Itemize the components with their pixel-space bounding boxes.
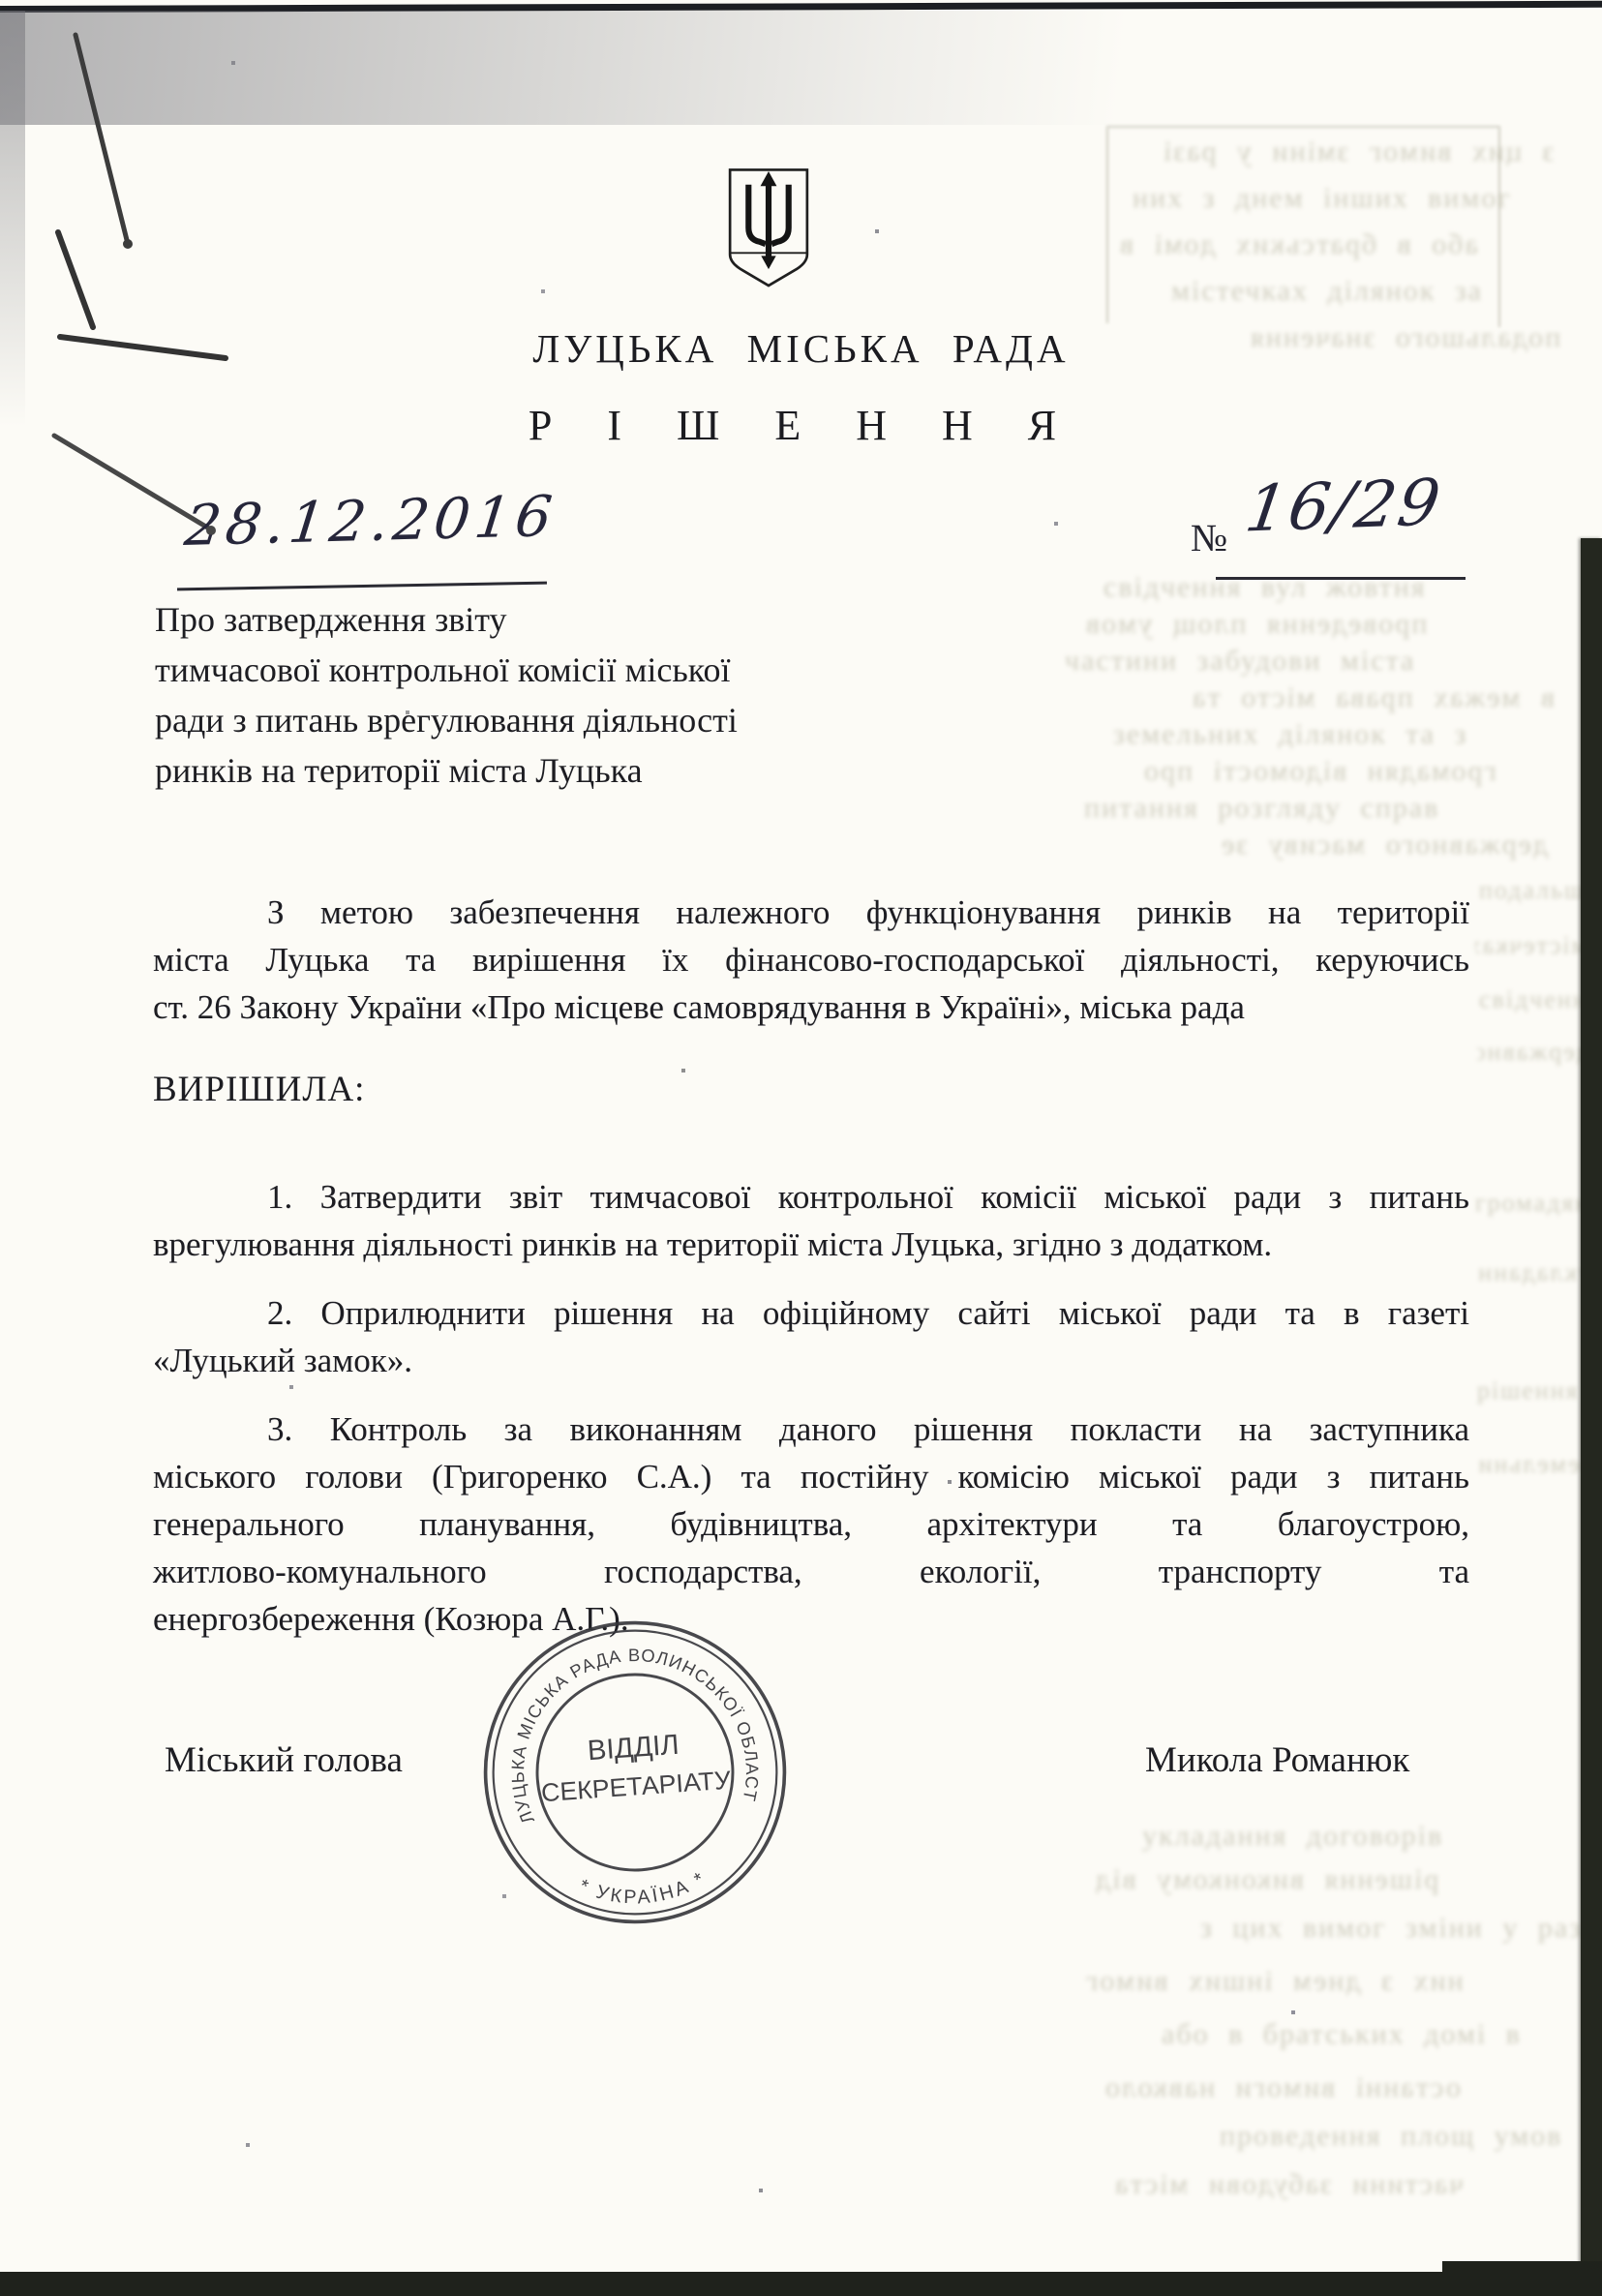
bleedthrough-line: земельних ділянок та з	[1479, 1450, 1591, 1479]
decision-number-handwritten: 16/29	[1241, 466, 1446, 547]
scan-border-right	[1581, 538, 1602, 2296]
resolution-line: міського голови (Григоренко С.А.) та пос…	[153, 1453, 1469, 1500]
bleedthrough-line: містечках ділянок за	[1475, 931, 1587, 960]
bleedthrough-line: свідчення вул жовтня	[1479, 985, 1591, 1014]
resolution-item-2: 2. Оприлюднити рішення на офіційному сай…	[153, 1289, 1469, 1384]
resolution-line: «Луцький замок».	[153, 1337, 1469, 1384]
bleedthrough-rule	[1106, 126, 1500, 128]
secretariat-round-stamp: ЛУЦЬКА МІСЬКА РАДА ВОЛИНСЬКОЇ ОБЛАСТІ * …	[469, 1606, 801, 1939]
resolved-label: ВИРІШИЛА:	[153, 1069, 365, 1110]
resolution-line: житлово-комунального господарства, еколо…	[153, 1548, 1469, 1595]
svg-text:* УКРАЇНА *: * УКРАЇНА *	[575, 1866, 712, 1913]
resolution-item-3: 3. Контроль за виконанням даного рішення…	[153, 1405, 1469, 1643]
subject-line: ринків на території міста Луцька	[155, 745, 774, 796]
document-type-title: Р І Ш Е Н Н Я	[0, 401, 1602, 450]
bleedthrough-line: укладання договорів	[1142, 1820, 1443, 1853]
bleedthrough-line: або в братських домі в	[1162, 2018, 1522, 2051]
stamp-center-line1: ВІДДІЛ	[587, 1730, 680, 1767]
bleedthrough-line: з цих вимог зміни у разі	[1200, 1912, 1592, 1945]
bleedthrough-rule	[1498, 128, 1500, 327]
intro-paragraph: З метою забезпечення належного функціону…	[153, 889, 1469, 1031]
resolution-line: 2. Оприлюднити рішення на офіційному сай…	[153, 1289, 1469, 1337]
scan-border-bottom	[0, 2272, 1602, 2296]
stamp-center-line2: СЕКРЕТАРІАТУ	[540, 1766, 732, 1808]
bleedthrough-line: них з днем інших вимог	[1133, 182, 1512, 215]
bleedthrough-line: з цих вимог зміни у разі	[1162, 136, 1554, 168]
signature-role: Міський голова	[165, 1739, 403, 1781]
subject-line: тимчасової контрольної комісії міської	[155, 645, 774, 695]
ukraine-trident-emblem	[724, 165, 813, 292]
intro-line: ст. 26 Закону України «Про місцеве самов…	[153, 983, 1469, 1031]
resolution-line: 1. Затвердити звіт тимчасової контрольно…	[153, 1173, 1469, 1221]
number-sign-label: №	[1191, 515, 1227, 560]
bleedthrough-line: рішення виконкому від	[1477, 1376, 1589, 1405]
bleedthrough-line: державного масиву зе	[1477, 1038, 1589, 1067]
bleedthrough-line: громадян відомості про	[1142, 755, 1496, 788]
scan-specks	[0, 0, 2, 2]
bleedthrough-line: подальшого значення	[1479, 876, 1591, 905]
bleedthrough-line: питання розгляду справ	[1084, 792, 1439, 825]
resolution-line: генерального планування, будівництва, ар…	[153, 1500, 1469, 1548]
bleedthrough-rule	[1106, 128, 1108, 323]
bleedthrough-line: укладання договорів	[1479, 1258, 1591, 1287]
bleedthrough-line: проведення площ умов	[1084, 608, 1427, 641]
bleedthrough-line: земельних ділянок та з	[1113, 718, 1467, 751]
bleedthrough-line: них з днем інших вимог	[1084, 1965, 1464, 1998]
resolution-line: енергозбереження (Козюра А.Г.).	[153, 1595, 1469, 1643]
decision-date-handwritten: 28.12.2016	[181, 483, 559, 559]
scanned-document-page: з цих вимог зміни у разі них з днем інши…	[0, 0, 1602, 2296]
subject-line: Про затвердження звіту	[155, 594, 774, 645]
signature-name: Микола Романюк	[1145, 1739, 1409, 1781]
intro-line: міста Луцька та вирішення їх фінансово-г…	[153, 936, 1469, 983]
resolution-item-1: 1. Затвердити звіт тимчасової контрольно…	[153, 1173, 1469, 1268]
resolution-line: 3. Контроль за виконанням даного рішення…	[153, 1405, 1469, 1453]
bleedthrough-line: або в братських домі в	[1118, 228, 1478, 261]
bleedthrough-line: державного масиву зе	[1220, 829, 1548, 861]
stamp-ring-bottom-text: * УКРАЇНА *	[575, 1866, 712, 1913]
subject-line: ради з питань врегулювання діяльності	[155, 695, 774, 745]
bleedthrough-line: проведення площ умов	[1220, 2120, 1562, 2153]
organization-name: ЛУЦЬКА МІСЬКА РАДА	[0, 325, 1602, 372]
paper-clip-marks	[27, 17, 279, 559]
bleedthrough-line: частини забудови міста	[1113, 2168, 1464, 2201]
subject-block: Про затвердження звіту тимчасової контро…	[155, 594, 774, 796]
bleedthrough-line: в межах права місто та	[1191, 681, 1555, 714]
bleedthrough-line: частини забудови міста	[1065, 645, 1415, 678]
bleedthrough-line: громадян відомості про	[1475, 1189, 1587, 1218]
bleedthrough-line: рішення виконкому від	[1094, 1863, 1438, 1896]
number-underline	[1216, 577, 1466, 580]
date-underline	[177, 582, 547, 591]
resolution-line: врегулювання діяльності ринків на терито…	[153, 1221, 1469, 1268]
bleedthrough-line: останні вимоги навколо	[1103, 2071, 1461, 2104]
intro-line: З метою забезпечення належного функціону…	[153, 889, 1469, 936]
bleedthrough-line: містечках ділянок за	[1171, 275, 1483, 308]
